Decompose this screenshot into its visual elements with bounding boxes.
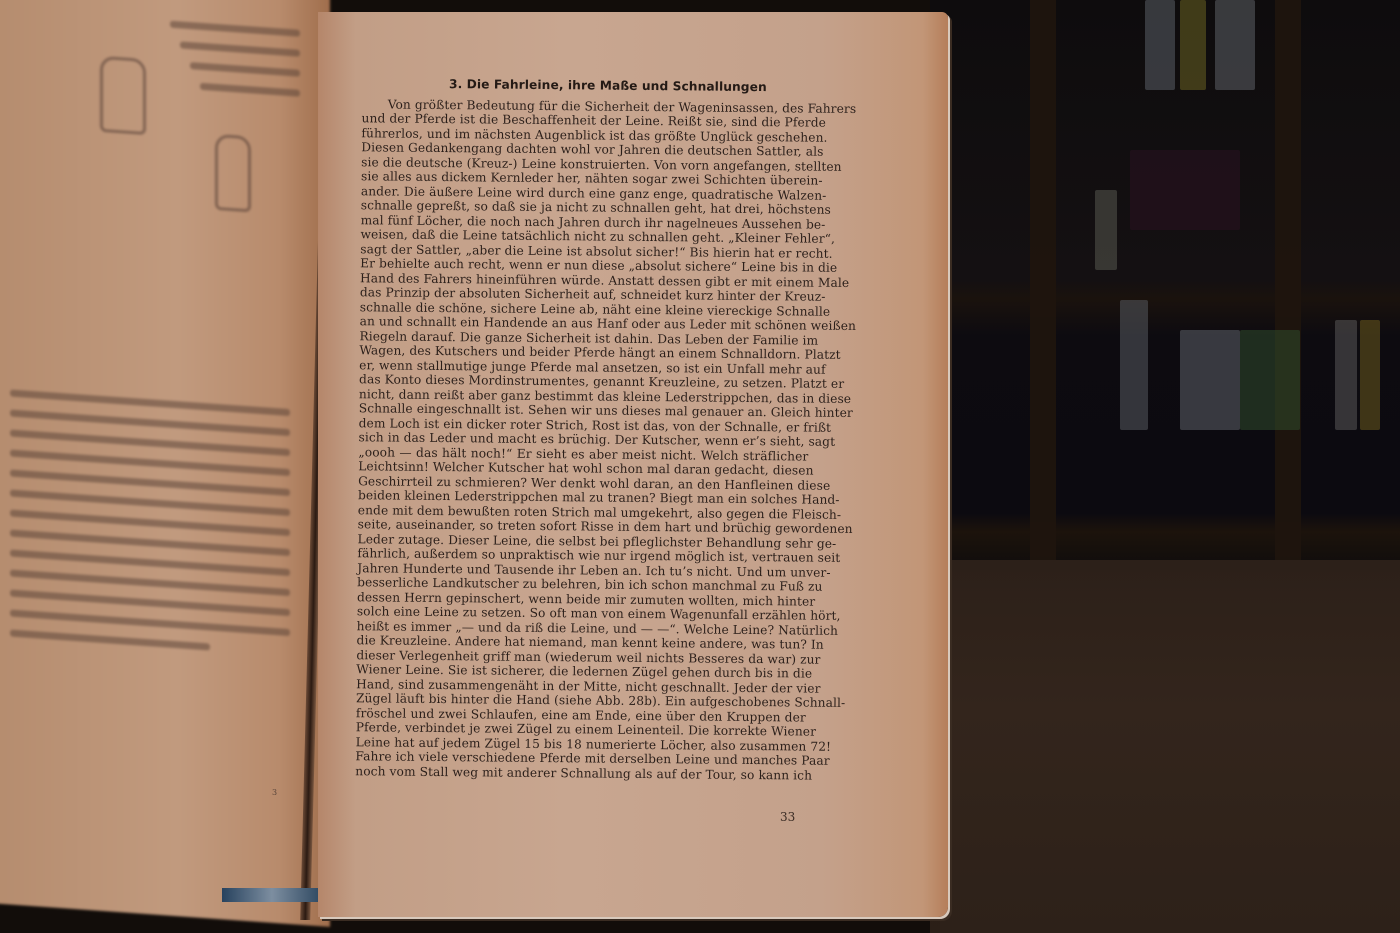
blurred-text-line xyxy=(190,62,300,77)
hand-illustration xyxy=(215,134,251,213)
book-spine xyxy=(1180,330,1240,430)
paragraph: Von größter Bedeutung für die Sicherheit… xyxy=(329,96,812,782)
blurred-text-line xyxy=(200,83,300,97)
book-spine xyxy=(1360,320,1380,430)
book-spine xyxy=(1215,0,1255,90)
blurred-text-line xyxy=(180,41,300,56)
hand-illustration xyxy=(100,56,146,135)
blurred-text-line xyxy=(10,630,210,651)
book-spine xyxy=(1095,190,1117,270)
book-spine xyxy=(1240,330,1300,430)
book-spine xyxy=(1180,0,1206,90)
book-spine xyxy=(1120,300,1148,430)
left-page xyxy=(0,0,330,927)
signature-mark: 3 xyxy=(272,788,277,797)
book-spine xyxy=(1335,320,1357,430)
book-spine xyxy=(1130,150,1240,230)
shelf-post xyxy=(1030,0,1056,560)
page-number: 33 xyxy=(780,810,795,824)
table-surface xyxy=(940,560,1400,933)
chapter-title: 3. Die Fahrleine, ihre Maße und Schnallu… xyxy=(404,77,812,95)
blurred-text-line xyxy=(170,21,300,37)
page-body: 3. Die Fahrleine, ihre Maße und Schnallu… xyxy=(329,76,812,783)
book-spine xyxy=(1145,0,1175,90)
shelf-post xyxy=(1275,0,1301,560)
book-spine-edge xyxy=(222,888,322,902)
